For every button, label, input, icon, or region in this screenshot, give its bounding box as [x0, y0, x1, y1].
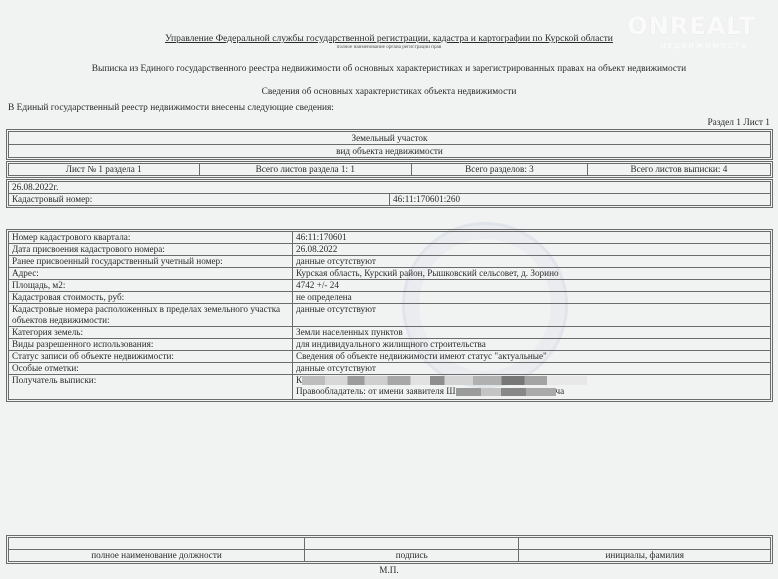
cadastral-number-value: 46:11:170601:260 [390, 194, 771, 206]
table-row: Статус записи об объекте недвижимости: С… [9, 351, 771, 363]
row-value: данные отсутствуют [293, 256, 771, 268]
object-type-value: Земельный участок [9, 132, 771, 145]
row-value: данные отсутствуют [293, 304, 771, 327]
table-row: Площадь, м2: 4742 +/- 24 [9, 280, 771, 292]
section-sheets-total: Всего листов раздела 1: 1 [199, 164, 412, 176]
sheet-number: Лист № 1 раздела 1 [9, 164, 200, 176]
rightholder-suffix: ча [556, 386, 565, 396]
row-label: Адрес: [9, 268, 293, 280]
position-field [9, 538, 305, 550]
signature-table: полное наименование должности подпись ин… [8, 537, 771, 562]
redacted-recipient [302, 376, 587, 385]
recipient-label: Получатель выписки: [9, 375, 293, 400]
row-value: 4742 +/- 24 [293, 280, 771, 292]
redacted-rightholder-name [456, 388, 556, 396]
document-title: Выписка из Единого государственного реес… [0, 64, 778, 74]
organization-name: Управление Федеральной службы государств… [0, 33, 778, 44]
table-row: Категория земель: Земли населенных пункт… [9, 327, 771, 339]
object-type-table: Земельный участок вид объекта недвижимос… [8, 131, 771, 158]
table-row: Номер кадастрового квартала: 46:11:17060… [9, 232, 771, 244]
characteristics-table: Номер кадастрового квартала: 46:11:17060… [8, 231, 771, 400]
stamp-place-label: М.П. [0, 565, 778, 575]
signature-field [305, 538, 519, 550]
row-value: Земли населенных пунктов [293, 327, 771, 339]
rightholder-prefix: Правообладатель: от имени заявителя Ш [296, 386, 456, 396]
table-row: Виды разрешенного использования: для инд… [9, 339, 771, 351]
row-value: Курская область, Курский район, Рышковск… [293, 268, 771, 280]
row-label: Категория земель: [9, 327, 293, 339]
extract-sheets-total: Всего листов выписки: 4 [587, 164, 770, 176]
row-value: не определена [293, 292, 771, 304]
signature-caption: подпись [305, 550, 519, 562]
row-label: Номер кадастрового квартала: [9, 232, 293, 244]
table-row: Кадастровые номера расположенных в преде… [9, 304, 771, 327]
table-row: Особые отметки: данные отсутствуют [9, 363, 771, 375]
row-value: для индивидуального жилищного строительс… [293, 339, 771, 351]
recipient-value: К Правообладатель: от имени заявителя Шч… [293, 375, 771, 400]
row-label: Виды разрешенного использования: [9, 339, 293, 351]
row-value: Сведения об объекте недвижимости имеют с… [293, 351, 771, 363]
name-field [519, 538, 771, 550]
recipient-row: Получатель выписки: К Правообладатель: о… [9, 375, 771, 400]
cadastral-number-table: 26.08.2022г. Кадастровый номер: 46:11:17… [8, 181, 771, 206]
section-sheet-reference: Раздел 1 Лист 1 [707, 118, 770, 128]
row-label: Кадастровые номера расположенных в преде… [9, 304, 293, 327]
object-type-caption: вид объекта недвижимости [9, 145, 771, 158]
row-label: Площадь, м2: [9, 280, 293, 292]
row-label: Особые отметки: [9, 363, 293, 375]
row-label: Дата присвоения кадастрового номера: [9, 244, 293, 256]
sheet-info-table: Лист № 1 раздела 1 Всего листов раздела … [8, 163, 771, 176]
extract-date: 26.08.2022г. [9, 182, 771, 194]
organization-caption: полное наименование органа регистрации п… [0, 44, 778, 50]
table-row: Ранее присвоенный государственный учетны… [9, 256, 771, 268]
table-row: Дата присвоения кадастрового номера: 26.… [9, 244, 771, 256]
row-label: Ранее присвоенный государственный учетны… [9, 256, 293, 268]
row-value: 26.08.2022 [293, 244, 771, 256]
cadastral-number-label: Кадастровый номер: [9, 194, 390, 206]
row-value: 46:11:170601 [293, 232, 771, 244]
position-caption: полное наименование должности [9, 550, 305, 562]
name-caption: инициалы, фамилия [519, 550, 771, 562]
sections-total: Всего разделов: 3 [412, 164, 588, 176]
section-title: Сведения об основных характеристиках объ… [0, 87, 778, 97]
row-label: Статус записи об объекте недвижимости: [9, 351, 293, 363]
intro-text: В Единый государственный реестр недвижим… [8, 103, 334, 113]
table-row: Кадастровая стоимость, руб: не определен… [9, 292, 771, 304]
table-row: Адрес: Курская область, Курский район, Р… [9, 268, 771, 280]
row-value: данные отсутствуют [293, 363, 771, 375]
row-label: Кадастровая стоимость, руб: [9, 292, 293, 304]
